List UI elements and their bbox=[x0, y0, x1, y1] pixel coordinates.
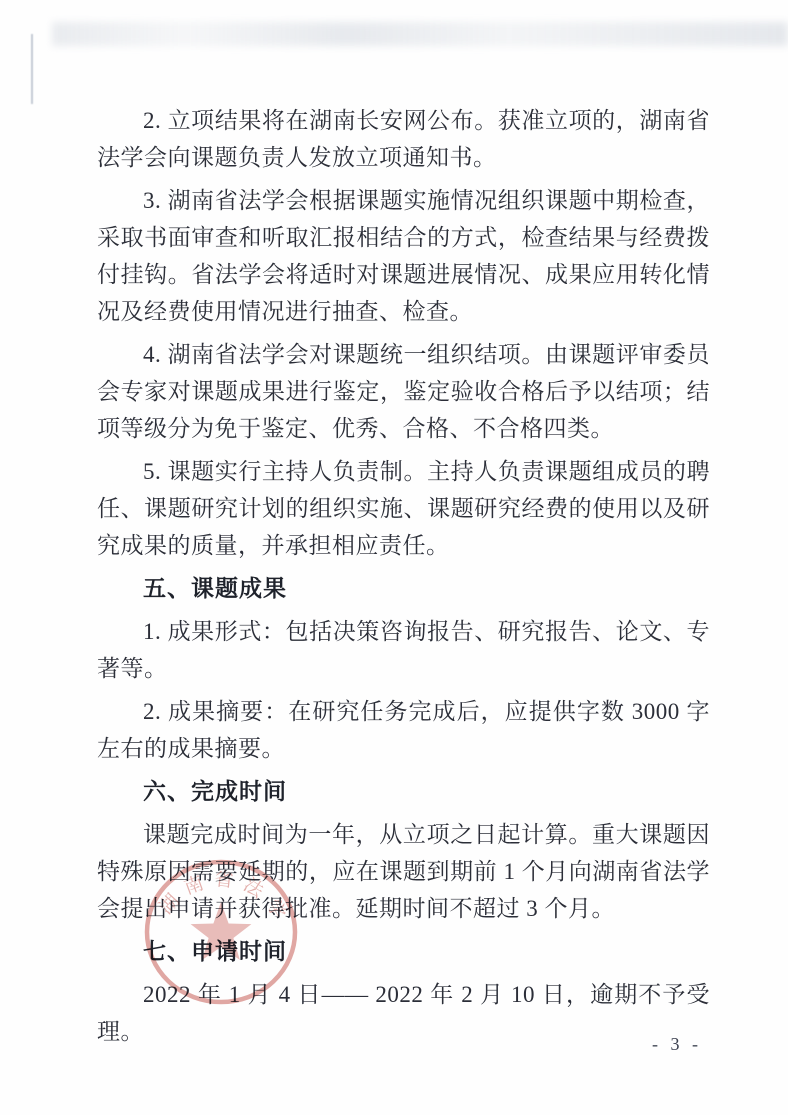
document-page: 2. 立项结果将在湖南长安网公布。获准立项的，湖南省法学会向课题负责人发放立项通… bbox=[0, 0, 788, 1115]
paragraph: 课题完成时间为一年，从立项之日起计算。重大课题因特殊原因需要延期的，应在课题到期… bbox=[97, 816, 710, 927]
section-heading: 五、课题成果 bbox=[97, 570, 710, 607]
scan-noise-line bbox=[31, 34, 33, 104]
paragraph: 4. 湖南省法学会对课题统一组织结项。由课题评审委员会专家对课题成果进行鉴定，鉴… bbox=[97, 336, 710, 447]
paragraph: 2. 立项结果将在湖南长安网公布。获准立项的，湖南省法学会向课题负责人发放立项通… bbox=[97, 102, 710, 176]
paragraph: 5. 课题实行主持人负责制。主持人负责课题组成员的聘任、课题研究计划的组织实施、… bbox=[97, 453, 710, 564]
section-heading: 七、申请时间 bbox=[97, 933, 710, 970]
paragraph: 2. 成果摘要：在研究任务完成后，应提供字数 3000 字左右的成果摘要。 bbox=[97, 693, 710, 767]
scan-noise-band bbox=[52, 22, 788, 46]
paragraph: 1. 成果形式：包括决策咨询报告、研究报告、论文、专著等。 bbox=[97, 613, 710, 687]
page-number: - 3 - bbox=[652, 1034, 702, 1055]
paragraph: 2022 年 1 月 4 日—— 2022 年 2 月 10 日，逾期不予受理。 bbox=[97, 976, 710, 1050]
paragraph: 3. 湖南省法学会根据课题实施情况组织课题中期检查，采取书面审查和听取汇报相结合… bbox=[97, 182, 710, 330]
document-body: 2. 立项结果将在湖南长安网公布。获准立项的，湖南省法学会向课题负责人发放立项通… bbox=[97, 102, 710, 1056]
section-heading: 六、完成时间 bbox=[97, 773, 710, 810]
